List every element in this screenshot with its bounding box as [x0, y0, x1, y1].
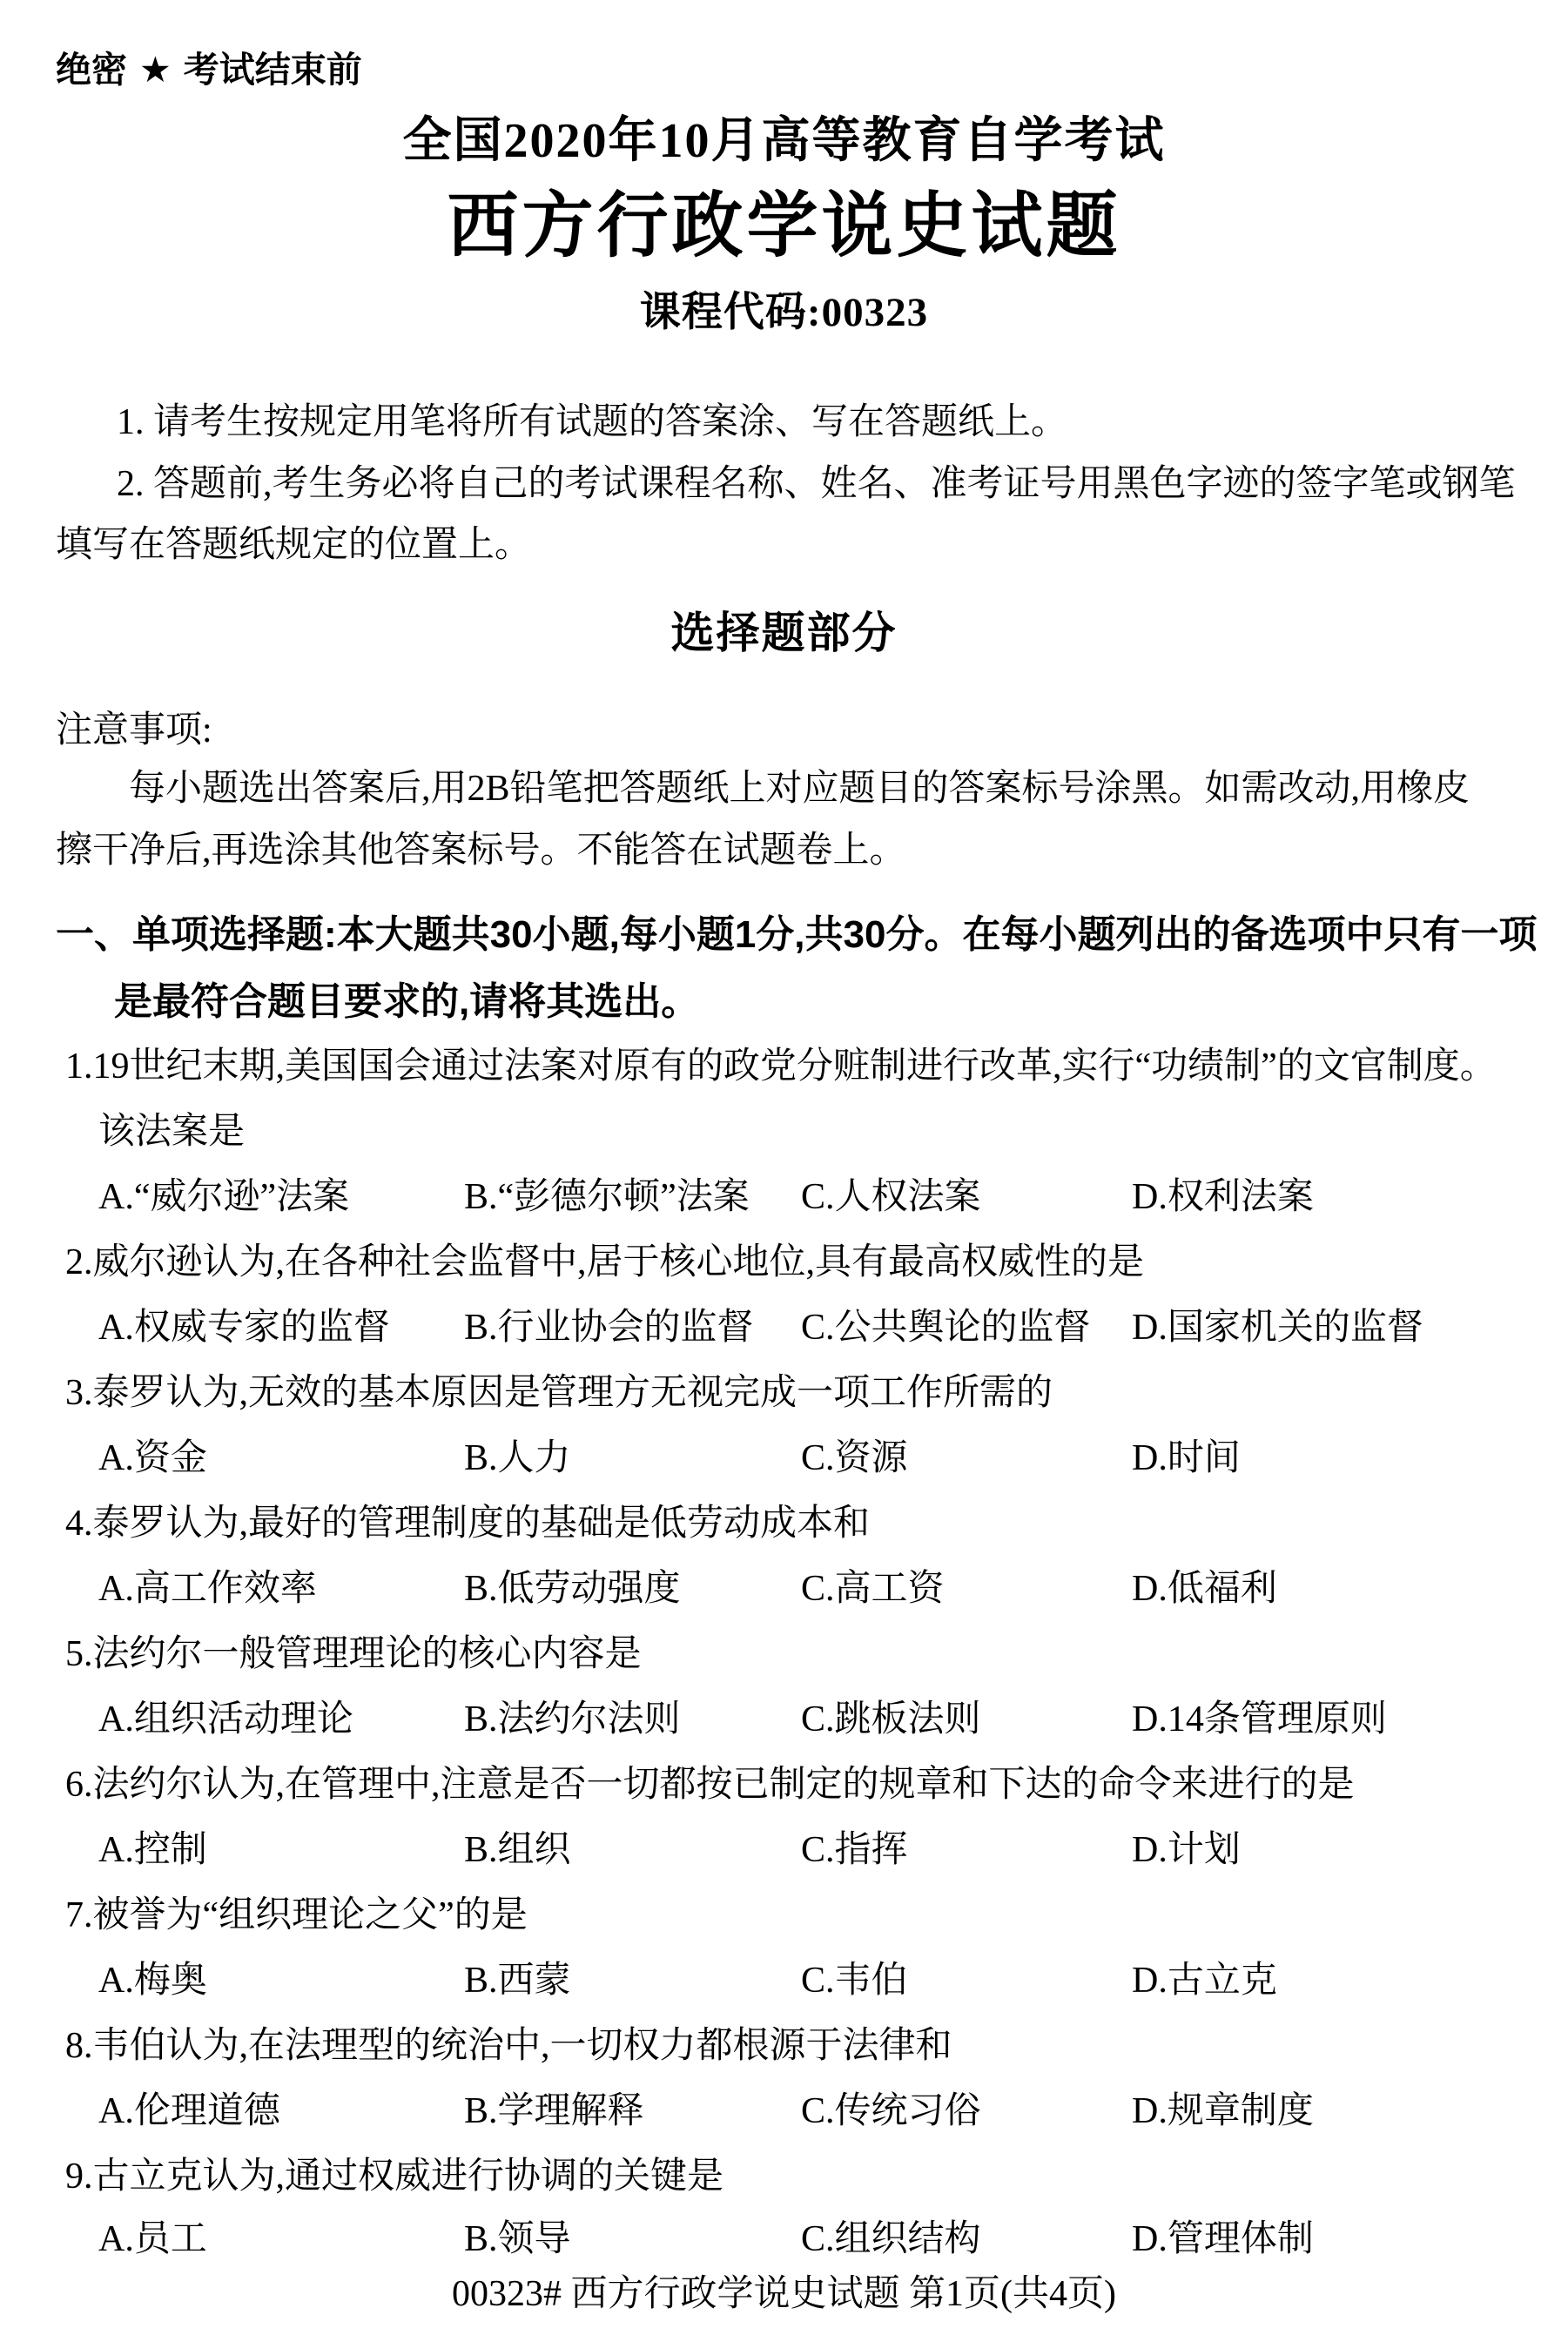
question-3-option-c: C.资源: [801, 1438, 908, 1478]
course-code: 课程代码:00323: [0, 291, 1568, 336]
notes-heading: 注意事项:: [56, 710, 212, 750]
question-5-line-1: 5.法约尔一般管理理论的核心内容是: [65, 1634, 642, 1674]
question-8-line-1: 8.韦伯认为,在法理型的统治中,一切权力都根源于法律和: [65, 2026, 952, 2066]
notes-line-1: 每小题选出答案后,用2B铅笔把答题纸上对应题目的答案标号涂黑。如需改动,用橡皮: [129, 769, 1470, 809]
exam-title: 全国2020年10月高等教育自学考试: [0, 115, 1568, 169]
question-6-option-a: A.控制: [98, 1830, 207, 1870]
question-6-option-b: B.组织: [464, 1830, 571, 1870]
question-8-option-c: C.传统习俗: [801, 2091, 981, 2131]
question-3-line-1: 3.泰罗认为,无效的基本原因是管理方无视完成一项工作所需的: [65, 1373, 1053, 1413]
secrecy-suffix: 考试结束前: [184, 50, 362, 90]
question-5-option-d: D.14条管理原则: [1132, 1699, 1387, 1739]
question-1-option-c: C.人权法案: [801, 1177, 981, 1217]
question-5-option-c: C.跳板法则: [801, 1699, 981, 1739]
question-7-line-1: 7.被誉为“组织理论之父”的是: [65, 1895, 528, 1935]
question-2-line-1: 2.威尔逊认为,在各种社会监督中,居于核心地位,具有最高权威性的是: [65, 1242, 1144, 1282]
question-8-option-d: D.规章制度: [1132, 2091, 1314, 2131]
question-6-line-1: 6.法约尔认为,在管理中,注意是否一切都按已制定的规章和下达的命令来进行的是: [65, 1765, 1355, 1805]
question-5-option-b: B.法约尔法则: [464, 1699, 681, 1739]
page-footer: 00323# 西方行政学说史试题 第1页(共4页): [0, 2274, 1568, 2314]
question-4-line-1: 4.泰罗认为,最好的管理制度的基础是低劳动成本和: [65, 1504, 870, 1544]
question-2-option-b: B.行业协会的监督: [464, 1308, 754, 1348]
question-1-option-b: B.“彭德尔顿”法案: [464, 1177, 750, 1217]
star-icon: ★: [127, 50, 184, 90]
question-1-line-2: 该法案是: [98, 1112, 245, 1152]
question-3-option-b: B.人力: [464, 1438, 571, 1478]
question-2-option-d: D.国家机关的监督: [1132, 1308, 1423, 1348]
instruction-item-1: 1. 请考生按规定用笔将所有试题的答案涂、写在答题纸上。: [117, 402, 1067, 442]
question-8-option-b: B.学理解释: [464, 2091, 644, 2131]
question-6-option-c: C.指挥: [801, 1830, 908, 1870]
question-7-option-a: A.梅奥: [98, 1961, 207, 2001]
secrecy-banner: 绝密★考试结束前: [56, 50, 362, 90]
question-1-line-1: 1.19世纪末期,美国国会通过法案对原有的政党分赃制进行改革,实行“功绩制”的文…: [65, 1046, 1497, 1087]
section-title: 选择题部分: [0, 609, 1568, 657]
paper-title: 西方行政学说史试题: [0, 187, 1568, 266]
question-5-option-a: A.组织活动理论: [98, 1699, 353, 1739]
question-3-option-a: A.资金: [98, 1438, 207, 1478]
question-3-option-d: D.时间: [1132, 1438, 1241, 1478]
notes-line-2: 擦干净后,再选涂其他答案标号。不能答在试题卷上。: [56, 831, 906, 871]
exam-paper-page: 绝密★考试结束前 全国2020年10月高等教育自学考试 西方行政学说史试题 课程…: [0, 0, 1568, 2335]
question-7-option-d: D.古立克: [1132, 1961, 1277, 2001]
question-9-option-a: A.员工: [98, 2219, 207, 2259]
question-4-option-a: A.高工作效率: [98, 1569, 317, 1609]
question-7-option-c: C.韦伯: [801, 1961, 908, 2001]
instruction-item-2-line-2: 填写在答题纸规定的位置上。: [56, 525, 531, 565]
question-1-option-d: D.权利法案: [1132, 1177, 1314, 1217]
question-4-option-d: D.低福利: [1132, 1569, 1277, 1609]
question-4-option-b: B.低劳动强度: [464, 1569, 681, 1609]
secrecy-prefix: 绝密: [56, 50, 127, 90]
question-9-line-1: 9.古立克认为,通过权威进行协调的关键是: [65, 2157, 723, 2197]
question-8-option-a: A.伦理道德: [98, 2091, 280, 2131]
part-heading-line-2: 是最符合题目要求的,请将其选出。: [114, 981, 699, 1023]
instruction-item-2-line-1: 2. 答题前,考生务必将自己的考试课程名称、姓名、准考证号用黑色字迹的签字笔或钢…: [117, 464, 1516, 504]
question-9-option-b: B.领导: [464, 2219, 571, 2259]
question-9-option-d: D.管理体制: [1132, 2219, 1314, 2259]
question-2-option-a: A.权威专家的监督: [98, 1308, 390, 1348]
question-1-option-a: A.“威尔逊”法案: [98, 1177, 349, 1217]
question-4-option-c: C.高工资: [801, 1569, 945, 1609]
question-2-option-c: C.公共舆论的监督: [801, 1308, 1091, 1348]
question-7-option-b: B.西蒙: [464, 1961, 571, 2001]
part-heading-line-1: 一、单项选择题:本大题共30小题,每小题1分,共30分。在每小题列出的备选项中只…: [56, 914, 1537, 956]
question-9-option-c: C.组织结构: [801, 2219, 981, 2259]
question-6-option-d: D.计划: [1132, 1830, 1241, 1870]
